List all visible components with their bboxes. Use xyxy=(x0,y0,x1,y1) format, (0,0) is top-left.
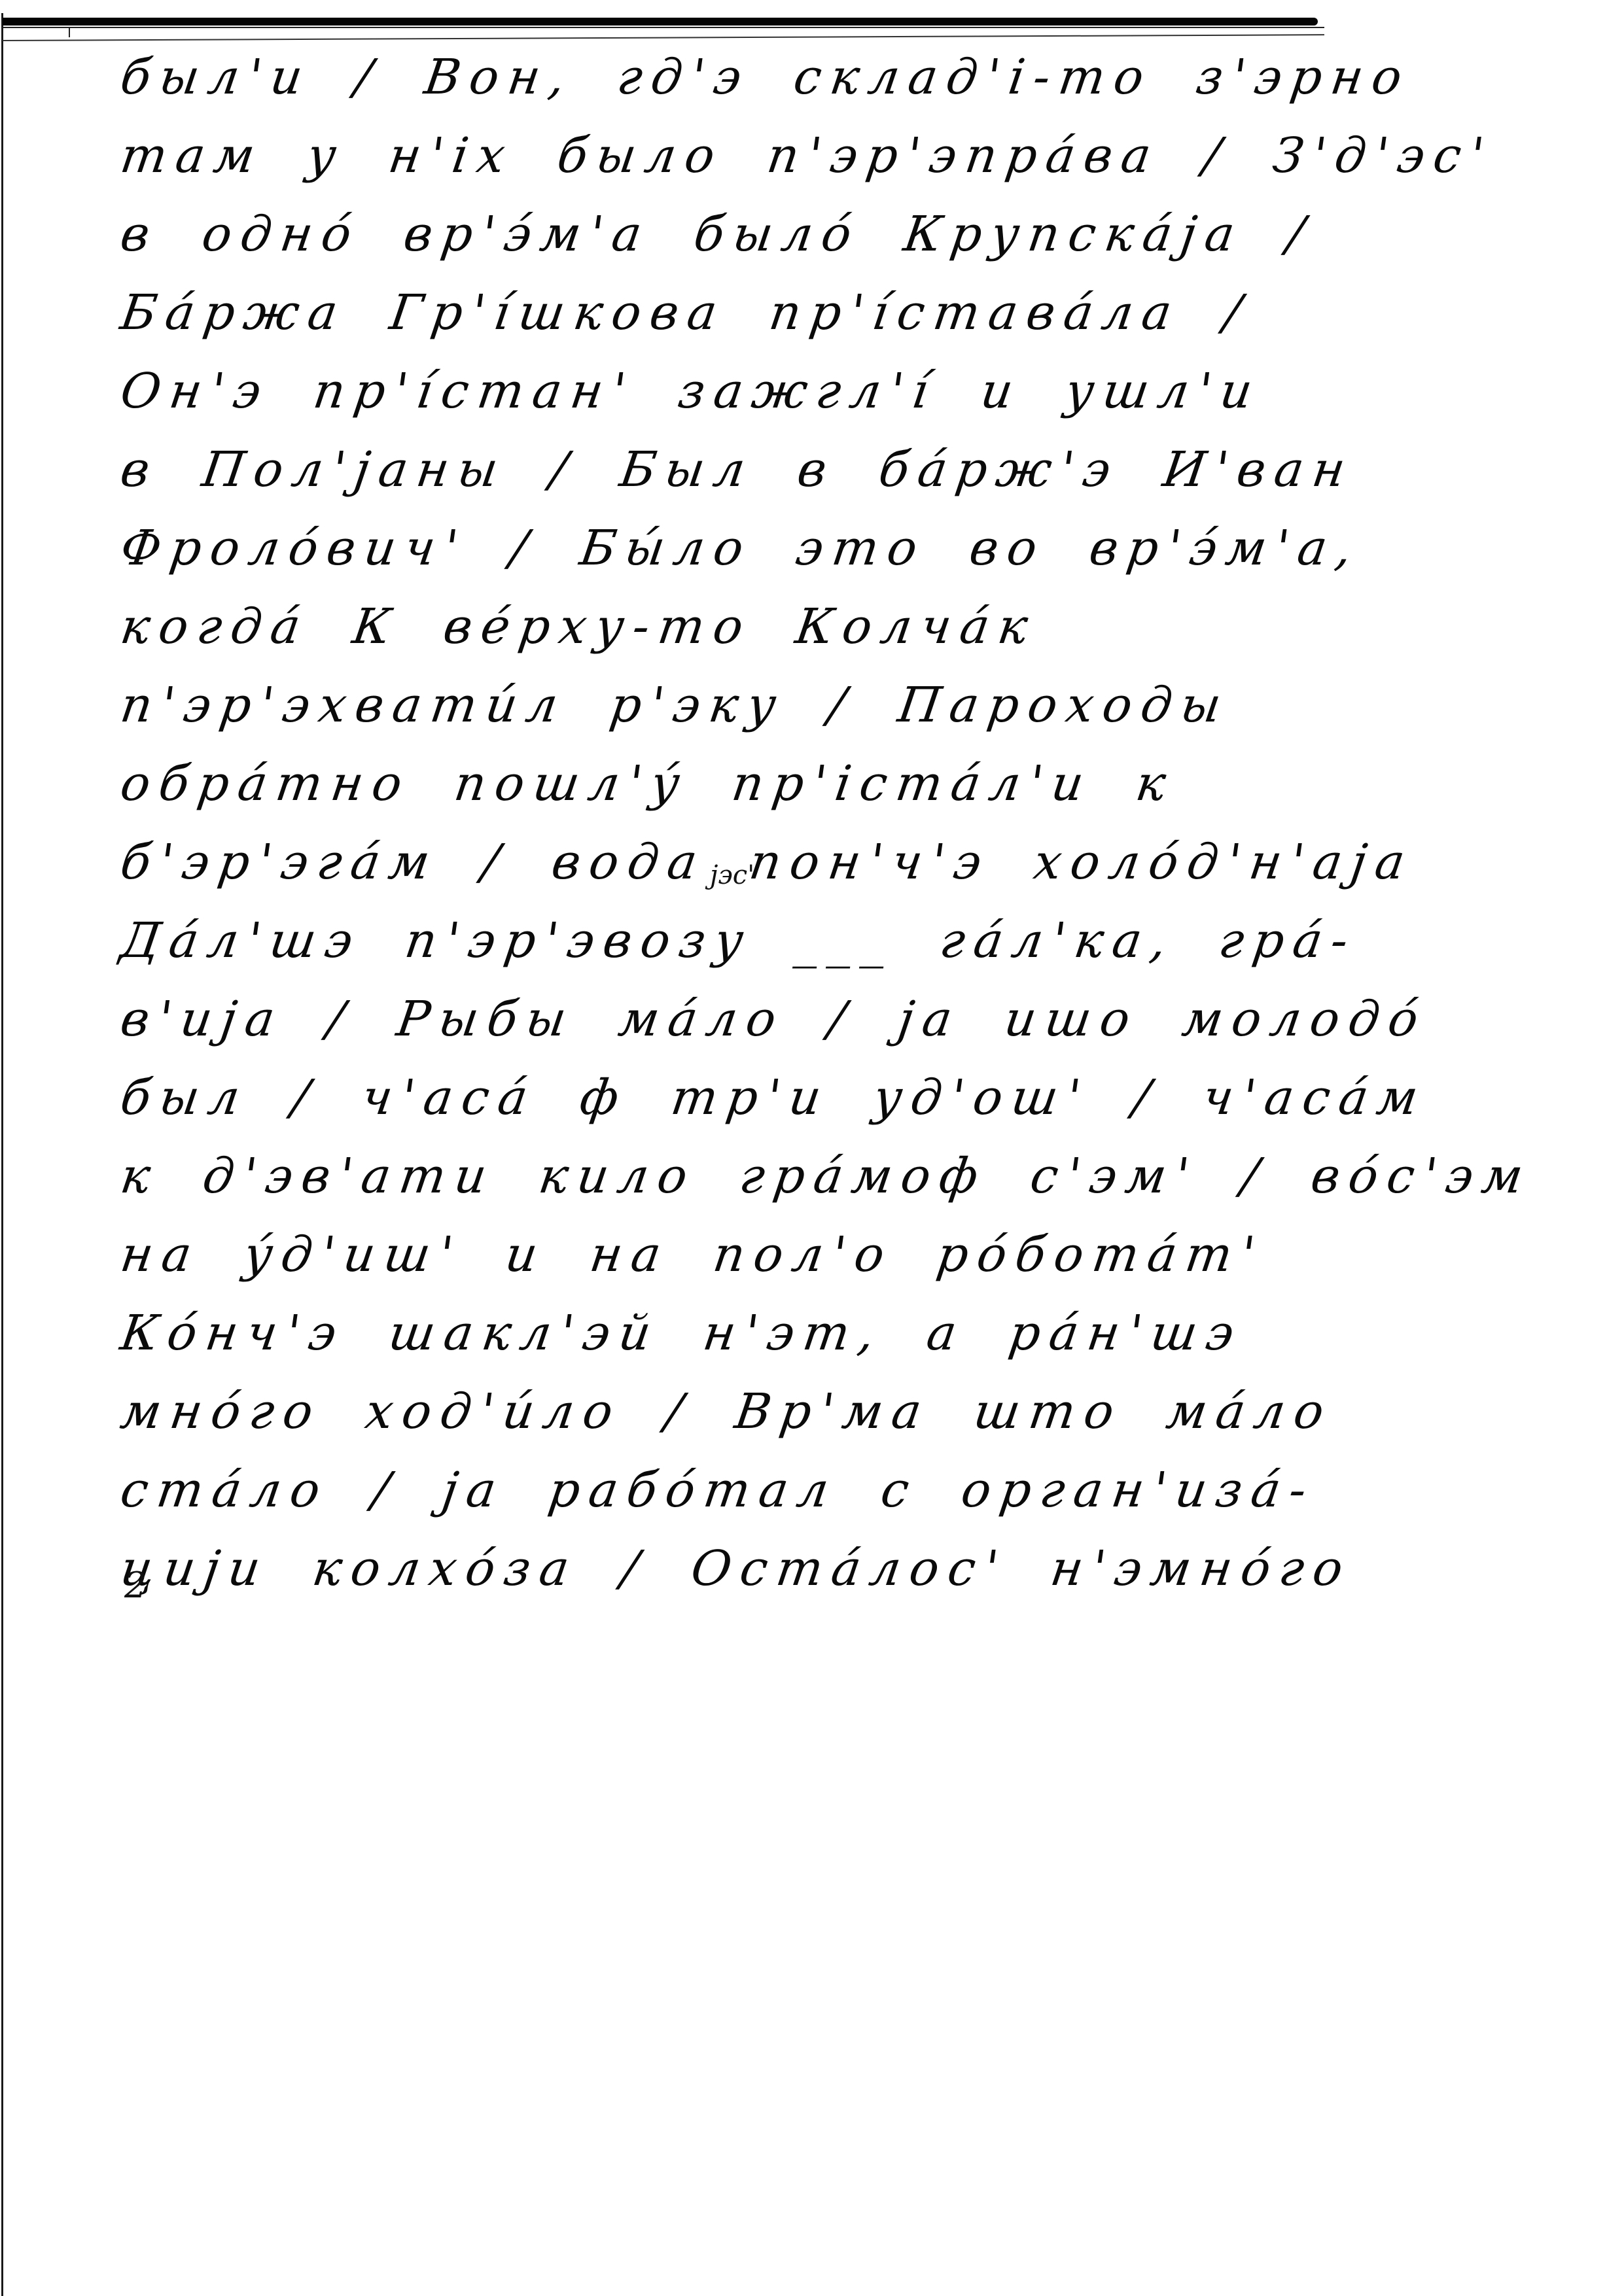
text-line-5: Он'э пр'і́стан' зажгл'і́ и ушл'и xyxy=(116,352,1357,430)
text-line-1: был'и / Вон, гд'э склад'і-то з'эрно xyxy=(116,38,1357,116)
text-line-19: ста́ло / ја рабо́тал с орган'иза́- xyxy=(116,1451,1357,1529)
page-number: 2 xyxy=(124,1565,147,1606)
text-line-14: был / ч'аса́ ф тр'и уд'ош' / ч'аса́м xyxy=(116,1058,1357,1137)
text-line-13: в'ија / Рыбы ма́ло / ја ишо молодо́ xyxy=(116,980,1357,1058)
text-line-9: п'эр'эхвати́л р'эку / Пароходы xyxy=(116,666,1357,744)
header-thick-rule xyxy=(3,18,1318,26)
header-rule-tick xyxy=(69,27,70,37)
text-line-18: мно́го ход'и́ло / Вр'ма што ма́ло xyxy=(116,1372,1357,1451)
text-line-12: Да́л'шэ п'эр'эвозу ___ га́л'ка, гра́- xyxy=(116,901,1357,980)
text-line-6: в Пол'јаны / Был в ба́рж'э И'ван xyxy=(116,430,1357,509)
text-line-7: Фроло́вич' / Бы́ло это во вр'э́м'а, xyxy=(116,509,1357,587)
text-line-3: в одно́ вр'э́м'а было́ Крупска́ја / xyxy=(116,195,1357,273)
text-line-15: к д'эв'ати кило гра́моф с'эм' / во́с'эм xyxy=(116,1137,1357,1215)
text-line-2: там у н'іх было п'эр'эпра́ва / З'д'эс' xyxy=(116,116,1357,195)
text-line-16: на у́д'иш' и на пол'о ро́бота́т' xyxy=(116,1215,1357,1294)
text-line-10: обра́тно пошл'у́ пр'іста́л'и к xyxy=(116,744,1357,823)
text-line-17: Ко́нч'э шакл'эй н'эт, а ра́н'шэ xyxy=(116,1294,1357,1372)
page-left-edge xyxy=(1,13,3,2296)
text-line-20: цији колхо́за / Оста́лос' н'эмно́го xyxy=(116,1529,1357,1608)
document-page: был'и / Вон, гд'э склад'і-то з'эрно там … xyxy=(0,0,1607,2296)
interlinear-insertion: jэс' xyxy=(710,860,754,890)
text-line-8: когда́ К ве́рху-то Колча́к xyxy=(116,587,1357,666)
text-line-4: Ба́ржа Гр'і́шкова пр'і́става́ла / xyxy=(116,273,1357,352)
header-thin-rule xyxy=(3,27,1324,28)
handwritten-text-block: был'и / Вон, гд'э склад'і-то з'эрно там … xyxy=(121,38,1351,1608)
